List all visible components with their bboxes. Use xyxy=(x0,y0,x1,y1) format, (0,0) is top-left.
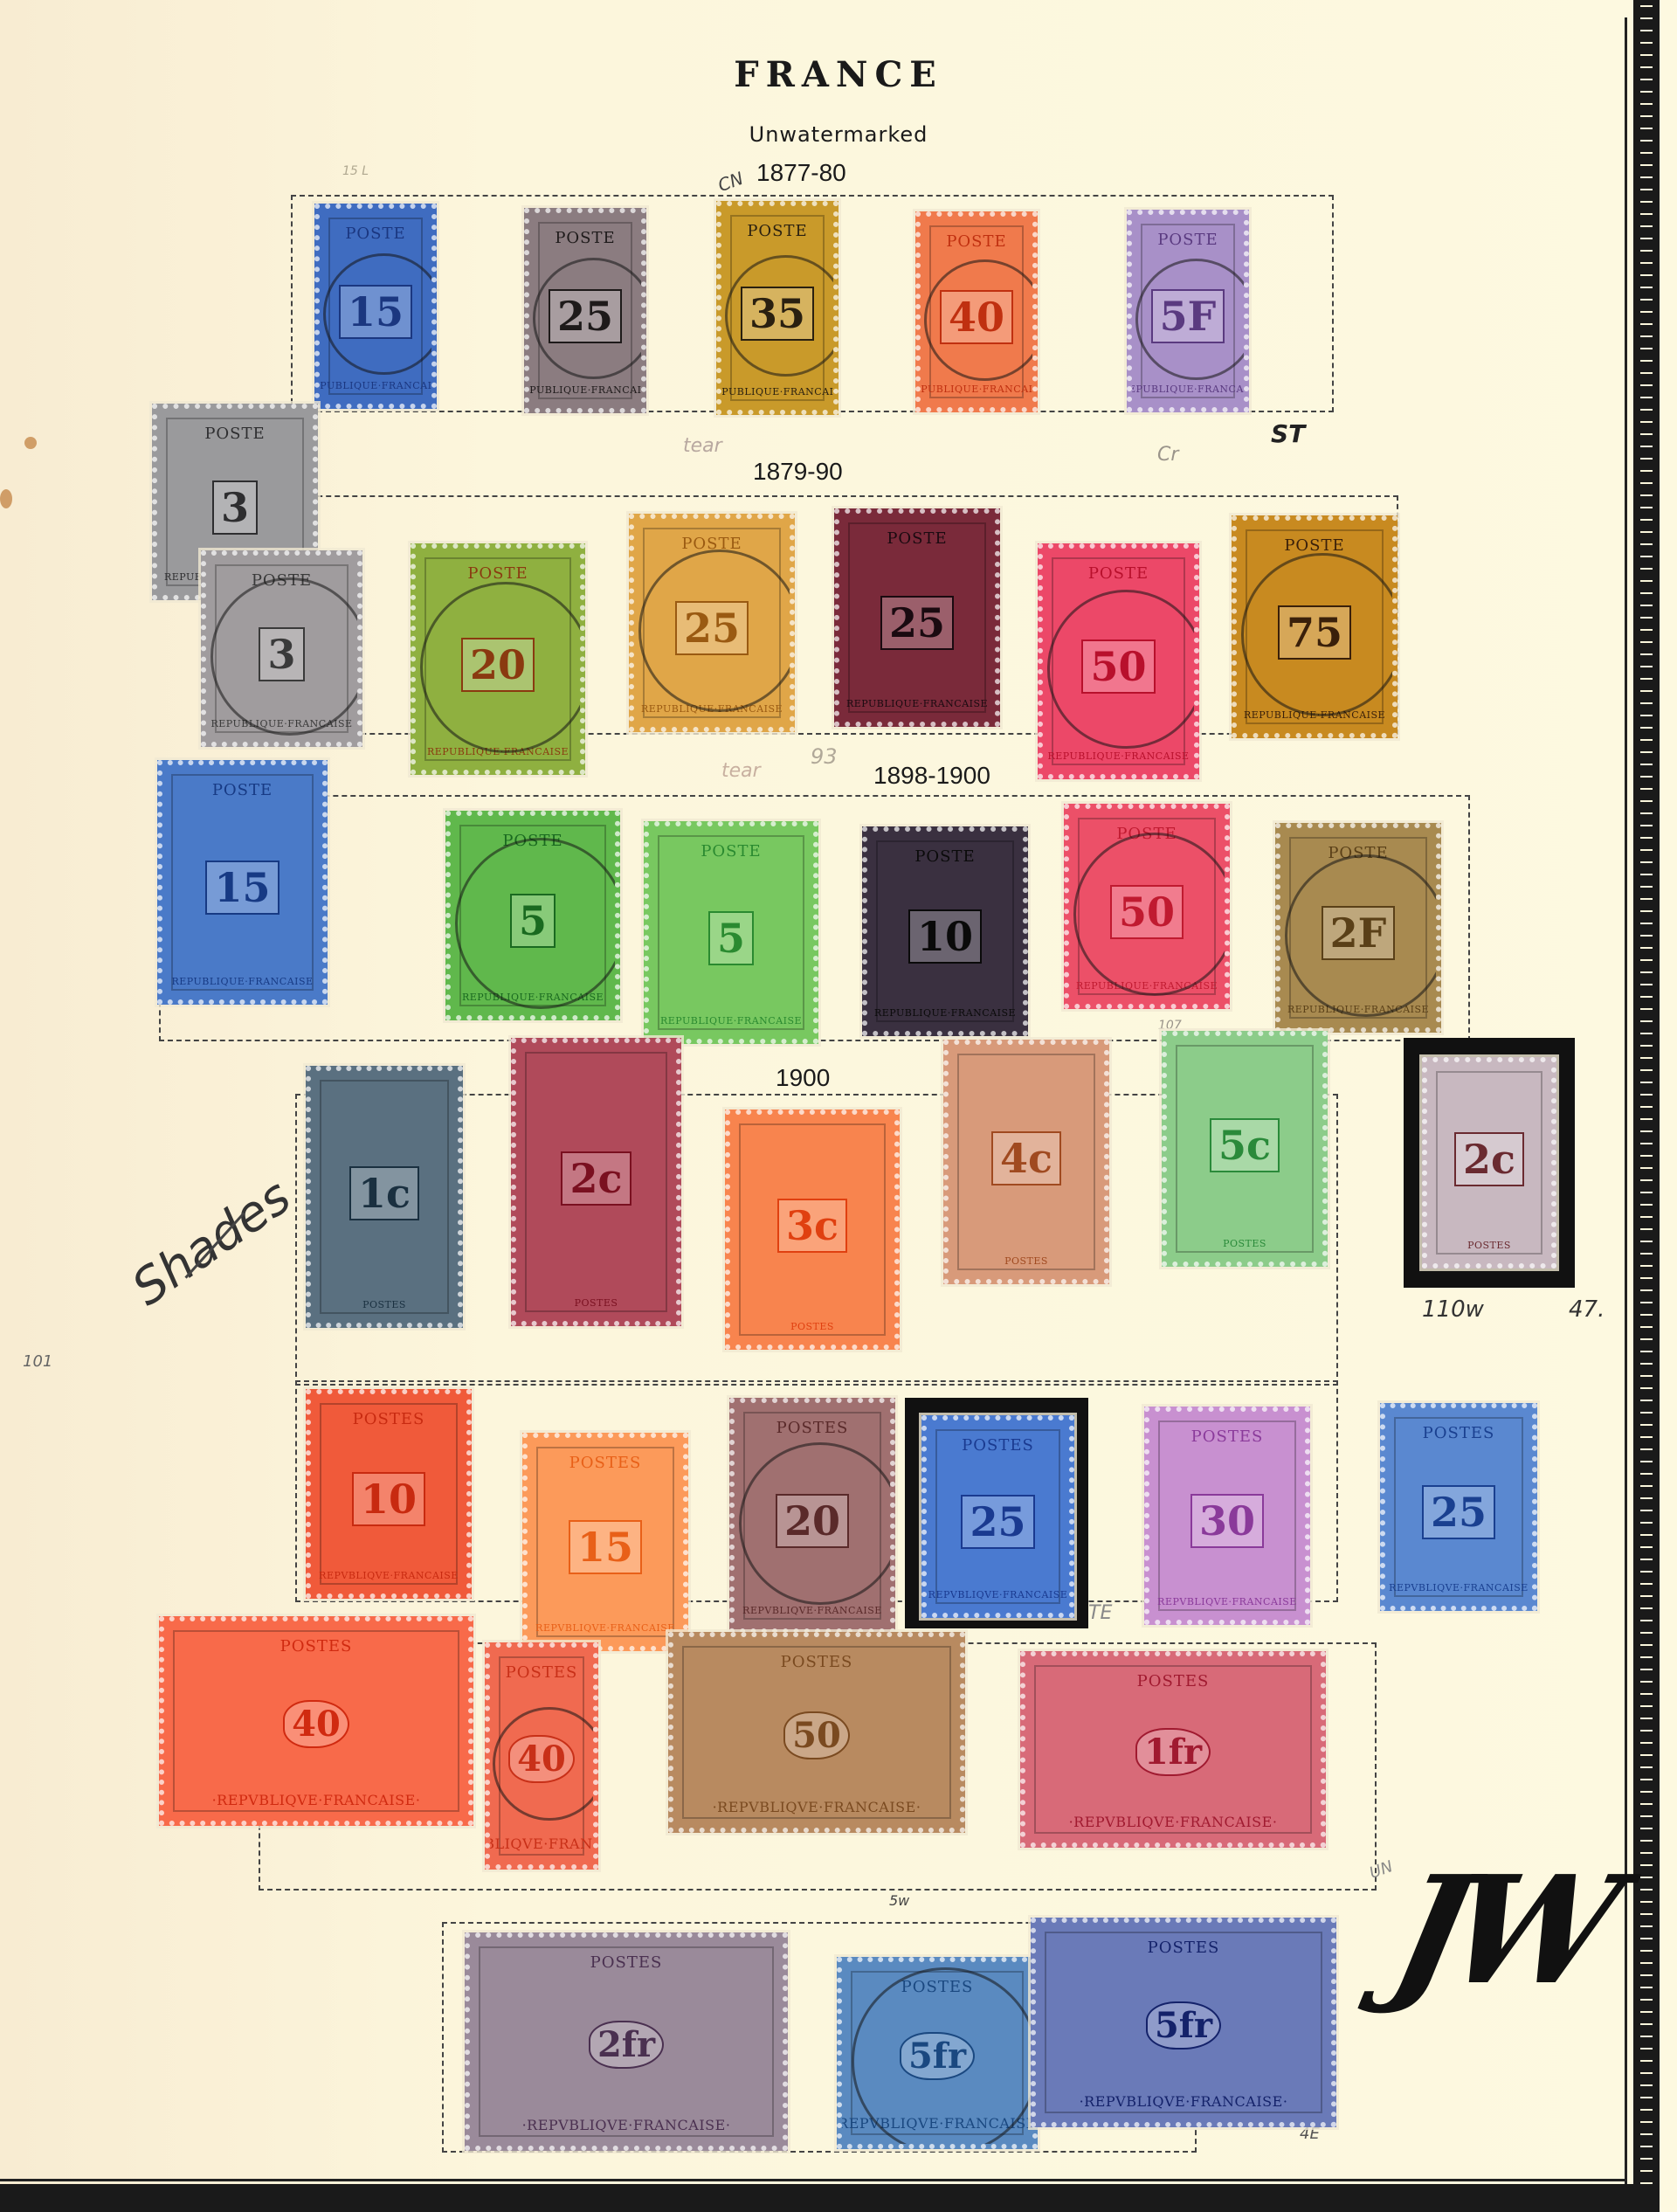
section-1900: 1900 xyxy=(776,1064,830,1092)
stamp-header: POSTE xyxy=(555,229,615,247)
stamp-denomination: 25 xyxy=(549,289,622,343)
stamp-denomination: 4c xyxy=(991,1131,1061,1185)
stamp-header: POSTE xyxy=(747,222,807,240)
album-page: FRANCE Unwatermarked 1877-80 1879-90 189… xyxy=(0,0,1677,2212)
stamp-denomination: 20 xyxy=(461,638,535,692)
stamp-s18[interactable]: POSTE 2F REPUBLIQUE·FRANCAISE xyxy=(1275,823,1441,1033)
page-border-bottom-line xyxy=(0,2179,1627,2181)
stamp-header: POSTE xyxy=(700,842,761,861)
stamp-denomination: 10 xyxy=(908,909,982,964)
stamp-b5[interactable]: 5c POSTES xyxy=(1162,1031,1328,1267)
pencil-note: tear xyxy=(721,760,761,782)
ink-initials: JW xyxy=(1379,1843,1618,2018)
stamp-s4[interactable]: POSTE 40 REPUBLIQUE·FRANCAISE xyxy=(915,211,1038,412)
stamp-inscription: REPVBLIQVE·FRANCAISE xyxy=(535,1622,675,1634)
stamp-header: POSTES xyxy=(353,1410,425,1428)
stamp-m4[interactable]: POSTES 25 REPVBLIQVE·FRANCAISE xyxy=(921,1415,1074,1618)
stamp-inscription: REPVBLIQVE·FRANCAISE xyxy=(928,1589,1068,1600)
stamp-inscription: REPUBLIQUE·FRANCAISE xyxy=(641,703,783,715)
stamp-inscription: POSTES xyxy=(1223,1238,1266,1249)
stamp-s1[interactable]: POSTE 15 REPUBLIQUE·FRANCAISE xyxy=(314,204,437,409)
stamp-denomination: 25 xyxy=(1422,1485,1495,1539)
stamp-inscription: REPUBLIQUE·FRANCAISE xyxy=(1047,750,1189,762)
stamp-denomination: 5 xyxy=(510,894,556,948)
stamp-inscription: REPUBLIQUE·FRANCAISE xyxy=(171,976,313,987)
stamp-s3[interactable]: POSTE 35 REPUBLIQUE·FRANCAISE xyxy=(716,201,838,415)
stamp-inscription: POSTES xyxy=(1467,1240,1511,1251)
stamp-denomination: 50 xyxy=(783,1711,850,1759)
stamp-inscription: REPVBLIQVE·FRANCAISE xyxy=(1157,1596,1297,1607)
pencil-note: 93 xyxy=(811,744,838,769)
stamp-inscription: REPUBLIQUE·FRANCAISE xyxy=(210,718,352,729)
stamp-denomination: 15 xyxy=(569,1520,642,1574)
stamp-header: POSTE xyxy=(681,535,742,553)
stamp-denomination: 25 xyxy=(961,1495,1034,1549)
stamp-denomination: 3 xyxy=(212,480,258,535)
page-border-inner xyxy=(1625,17,1627,2184)
stamp-inscription: REPUBLIQUE·FRANCAISE xyxy=(660,1015,802,1027)
stamp-w4[interactable]: POSTES 1fr ·REPVBLIQVE·FRANCAISE· xyxy=(1020,1651,1326,1848)
stamp-header: POSTE xyxy=(467,564,528,583)
ink-note: 110w xyxy=(1422,1296,1484,1323)
stamp-denomination: 5 xyxy=(708,911,754,965)
page-subtitle: Unwatermarked xyxy=(0,122,1677,147)
stamp-denomination: 1fr xyxy=(1135,1728,1211,1776)
stamp-inscription: REPUBLIQUE·FRANCAISE xyxy=(915,384,1038,395)
pencil-note: tear xyxy=(683,435,722,457)
stamp-denomination: 30 xyxy=(1190,1494,1264,1548)
stamp-header: POSTES xyxy=(962,1436,1034,1455)
stamp-denomination: 40 xyxy=(283,1700,349,1748)
stamp-header: POSTES xyxy=(506,1663,578,1682)
stamp-m6[interactable]: POSTES 25 REPVBLIQVE·FRANCAISE xyxy=(1380,1403,1537,1611)
stamp-inscription: REPVBLIQVE·FRANCAISE xyxy=(1389,1582,1529,1593)
page-border-wave xyxy=(1640,0,1653,2212)
stamp-inscription: ·REPVBLIQVE·FRANCAISE· xyxy=(485,1835,598,1852)
stamp-denomination: 15 xyxy=(205,861,279,915)
section-1879-90: 1879-90 xyxy=(753,458,843,486)
stamp-inscription: REPUBLIQUE·FRANCAISE xyxy=(846,698,988,709)
stamp-s13[interactable]: POSTE 15 REPUBLIQUE·FRANCAISE xyxy=(157,760,328,1005)
stamp-header: POSTES xyxy=(280,1637,353,1656)
stamp-header: POSTES xyxy=(1148,1939,1220,1957)
stamp-inscription: REPUBLIQUE·FRANCAISE xyxy=(314,380,437,391)
stamp-header: POSTES xyxy=(901,1978,974,1996)
stamp-b2[interactable]: 2c POSTES xyxy=(511,1038,681,1326)
stamp-inscription: POSTES xyxy=(575,1297,618,1309)
stamp-m2[interactable]: POSTES 15 REPVBLIQVE·FRANCAISE xyxy=(522,1433,688,1651)
stamp-s8[interactable]: POSTE 20 REPUBLIQUE·FRANCAISE xyxy=(411,543,585,775)
section-1877-80: 1877-80 xyxy=(756,159,846,187)
stamp-m1[interactable]: POSTES 10 REPVBLIQVE·FRANCAISE xyxy=(306,1389,472,1599)
stamp-inscription: REPUBLIQUE·FRANCAISE xyxy=(1287,1004,1429,1015)
stamp-s15[interactable]: POSTE 5 REPUBLIQUE·FRANCAISE xyxy=(644,821,818,1044)
section-1898-1900: 1898-1900 xyxy=(873,762,990,790)
ink-note: ST xyxy=(1271,419,1305,448)
stamp-header: POSTE xyxy=(212,781,273,799)
stamp-inscription: POSTES xyxy=(362,1299,406,1310)
stamp-s2[interactable]: POSTE 25 REPUBLIQUE·FRANCAISE xyxy=(524,208,646,413)
stamp-w2[interactable]: POSTES 40 ·REPVBLIQVE·FRANCAISE· xyxy=(485,1642,598,1870)
stamp-header: POSTES xyxy=(1423,1424,1495,1442)
stamp-denomination: 5fr xyxy=(900,2032,975,2080)
stamp-header: POSTE xyxy=(887,529,947,548)
stamp-inscription: POSTES xyxy=(1004,1255,1048,1267)
stamp-w7[interactable]: POSTES 5fr ·REPVBLIQVE·FRANCAISE· xyxy=(1031,1918,1336,2127)
stamp-header: POSTE xyxy=(1328,844,1388,862)
stamp-denomination: 5c xyxy=(1210,1118,1280,1172)
stamp-inscription: ·REPVBLIQVE·FRANCAISE· xyxy=(1080,2093,1288,2110)
stamp-denomination: 25 xyxy=(880,596,954,650)
pencil-note-shades: Shades xyxy=(122,1168,301,1317)
stamp-header: POSTES xyxy=(776,1419,849,1437)
stain xyxy=(24,437,37,449)
stamp-s9[interactable]: POSTE 25 REPUBLIQUE·FRANCAISE xyxy=(629,514,795,732)
stamp-denomination: 1c xyxy=(349,1166,419,1220)
stamp-denomination: 5fr xyxy=(1146,2001,1221,2050)
stamp-header: POSTE xyxy=(1116,825,1177,843)
stamp-b1[interactable]: 1c POSTES xyxy=(306,1066,463,1328)
stamp-b4[interactable]: 4c POSTES xyxy=(943,1040,1109,1284)
stamp-w6[interactable]: POSTES 5fr ·REPVBLIQVE·FRANCAISE· xyxy=(837,1957,1038,2149)
stamp-denomination: 40 xyxy=(508,1735,575,1783)
stain xyxy=(0,489,12,508)
stamp-b6[interactable]: 2c POSTES xyxy=(1422,1057,1556,1268)
stamp-denomination: 10 xyxy=(352,1472,425,1526)
stamp-denomination: 2fr xyxy=(589,2021,664,2069)
stamp-denomination: 2c xyxy=(561,1151,631,1206)
stamp-w3[interactable]: POSTES 50 ·REPVBLIQVE·FRANCAISE· xyxy=(668,1632,965,1833)
stamp-header: POSTE xyxy=(946,232,1006,251)
stamp-s17[interactable]: POSTE 50 REPUBLIQUE·FRANCAISE xyxy=(1064,804,1230,1009)
stamp-header: POSTES xyxy=(781,1653,853,1671)
stamp-s16[interactable]: POSTE 10 REPUBLIQUE·FRANCAISE xyxy=(862,826,1028,1036)
stamp-denomination: 50 xyxy=(1081,639,1155,694)
stamp-inscription: REPUBLIQUE·FRANCAISE xyxy=(427,746,569,757)
stamp-s14[interactable]: POSTE 5 REPUBLIQUE·FRANCAISE xyxy=(445,811,620,1020)
stamp-denomination: 2F xyxy=(1322,906,1396,960)
stamp-denomination: 20 xyxy=(776,1494,849,1548)
stamp-denomination: 5F xyxy=(1151,289,1225,343)
stamp-w5[interactable]: POSTES 2fr ·REPVBLIQVE·FRANCAISE· xyxy=(465,1932,788,2151)
stamp-inscription: REPUBLIQUE·FRANCAISE xyxy=(1076,980,1218,992)
stamp-inscription: REPUBLIQUE·FRANCAISE xyxy=(524,384,646,396)
stamp-inscription: ·REPVBLIQVE·FRANCAISE· xyxy=(713,1799,921,1815)
stamp-header: POSTE xyxy=(345,225,405,243)
stamp-denomination: 2c xyxy=(1454,1132,1524,1186)
stamp-header: POSTE xyxy=(1157,231,1218,249)
stamp-header: POSTE xyxy=(1088,564,1149,583)
page-title: FRANCE xyxy=(0,54,1677,95)
stamp-s5[interactable]: POSTE 5F REPUBLIQUE·FRANCAIS xyxy=(1127,210,1249,412)
stamp-inscription: REPUBLIQUE·FRANCAISE xyxy=(716,386,838,397)
stamp-s10[interactable]: POSTE 25 REPUBLIQUE·FRANCAISE xyxy=(834,508,1000,727)
stamp-denomination: 3 xyxy=(259,627,304,681)
stamp-header: POSTES xyxy=(1191,1427,1264,1446)
stamp-inscription: REPUBLIQUE·FRANCAISE xyxy=(462,992,604,1003)
pencil-note: TE xyxy=(1088,1602,1112,1624)
page-border-bottom xyxy=(0,2184,1660,2212)
stamp-denomination: 3c xyxy=(777,1199,847,1253)
stamp-inscription: REPUBLIQUE·FRANCAIS xyxy=(1127,384,1249,395)
stamp-inscription: ·REPVBLIQVE·FRANCAISE· xyxy=(837,2115,1038,2132)
stamp-header: POSTE xyxy=(1284,536,1344,555)
stamp-w1[interactable]: POSTES 40 ·REPVBLIQVE·FRANCAISE· xyxy=(159,1616,473,1826)
stamp-header: POSTE xyxy=(204,425,265,443)
stamp-inscription: ·REPVBLIQVE·FRANCAISE· xyxy=(1069,1814,1278,1830)
stamp-inscription: REPUBLIQUE·FRANCAISE xyxy=(1244,709,1385,721)
pencil-note: 101 xyxy=(23,1352,52,1371)
stamp-denomination: 25 xyxy=(675,601,749,655)
album-frame xyxy=(204,495,1398,735)
stamp-inscription: REPUBLIQUE·FRANCAISE xyxy=(874,1007,1016,1019)
stamp-header: POSTE xyxy=(914,847,975,866)
pencil-note: 4E xyxy=(1300,2125,1320,2143)
stamp-header: POSTE xyxy=(252,571,312,590)
stamp-inscription: ·REPVBLIQVE·FRANCAISE· xyxy=(522,2117,731,2133)
stamp-inscription: REPVBLIQVE·FRANCAISE xyxy=(319,1570,459,1581)
stamp-m3[interactable]: POSTES 20 REPVBLIQVE·FRANCAISE xyxy=(729,1398,895,1634)
stamp-inscription: POSTES xyxy=(790,1321,834,1332)
stamp-inscription: ·REPVBLIQVE·FRANCAISE· xyxy=(212,1792,421,1808)
pencil-note: 5w xyxy=(889,1892,909,1909)
stamp-s7[interactable]: POSTE 3 REPUBLIQUE·FRANCAISE xyxy=(201,550,362,747)
stamp-header: POSTES xyxy=(1137,1672,1210,1690)
stamp-header: POSTES xyxy=(590,1953,663,1972)
stamp-m5[interactable]: POSTES 30 REPVBLIQVE·FRANCAISE xyxy=(1144,1407,1310,1625)
pencil-note: CN xyxy=(715,168,746,196)
pencil-note: 15 L xyxy=(342,164,369,178)
stamp-header: POSTES xyxy=(569,1454,642,1472)
stamp-denomination: 75 xyxy=(1278,605,1351,660)
stamp-denomination: 40 xyxy=(940,290,1013,344)
stamp-inscription: REPVBLIQVE·FRANCAISE xyxy=(742,1605,882,1616)
stamp-header: POSTE xyxy=(502,832,562,850)
stamp-denomination: 50 xyxy=(1110,885,1184,939)
pencil-note: Cr xyxy=(1157,444,1178,466)
stamp-s11[interactable]: POSTE 50 REPUBLIQUE·FRANCAISE xyxy=(1038,543,1199,779)
stamp-s12[interactable]: POSTE 75 REPUBLIQUE·FRANCAISE xyxy=(1232,515,1397,738)
stamp-denomination: 35 xyxy=(741,287,814,341)
ink-note: 47. xyxy=(1569,1296,1605,1323)
stamp-b3[interactable]: 3c POSTES xyxy=(725,1109,900,1350)
stamp-denomination: 15 xyxy=(339,285,412,339)
